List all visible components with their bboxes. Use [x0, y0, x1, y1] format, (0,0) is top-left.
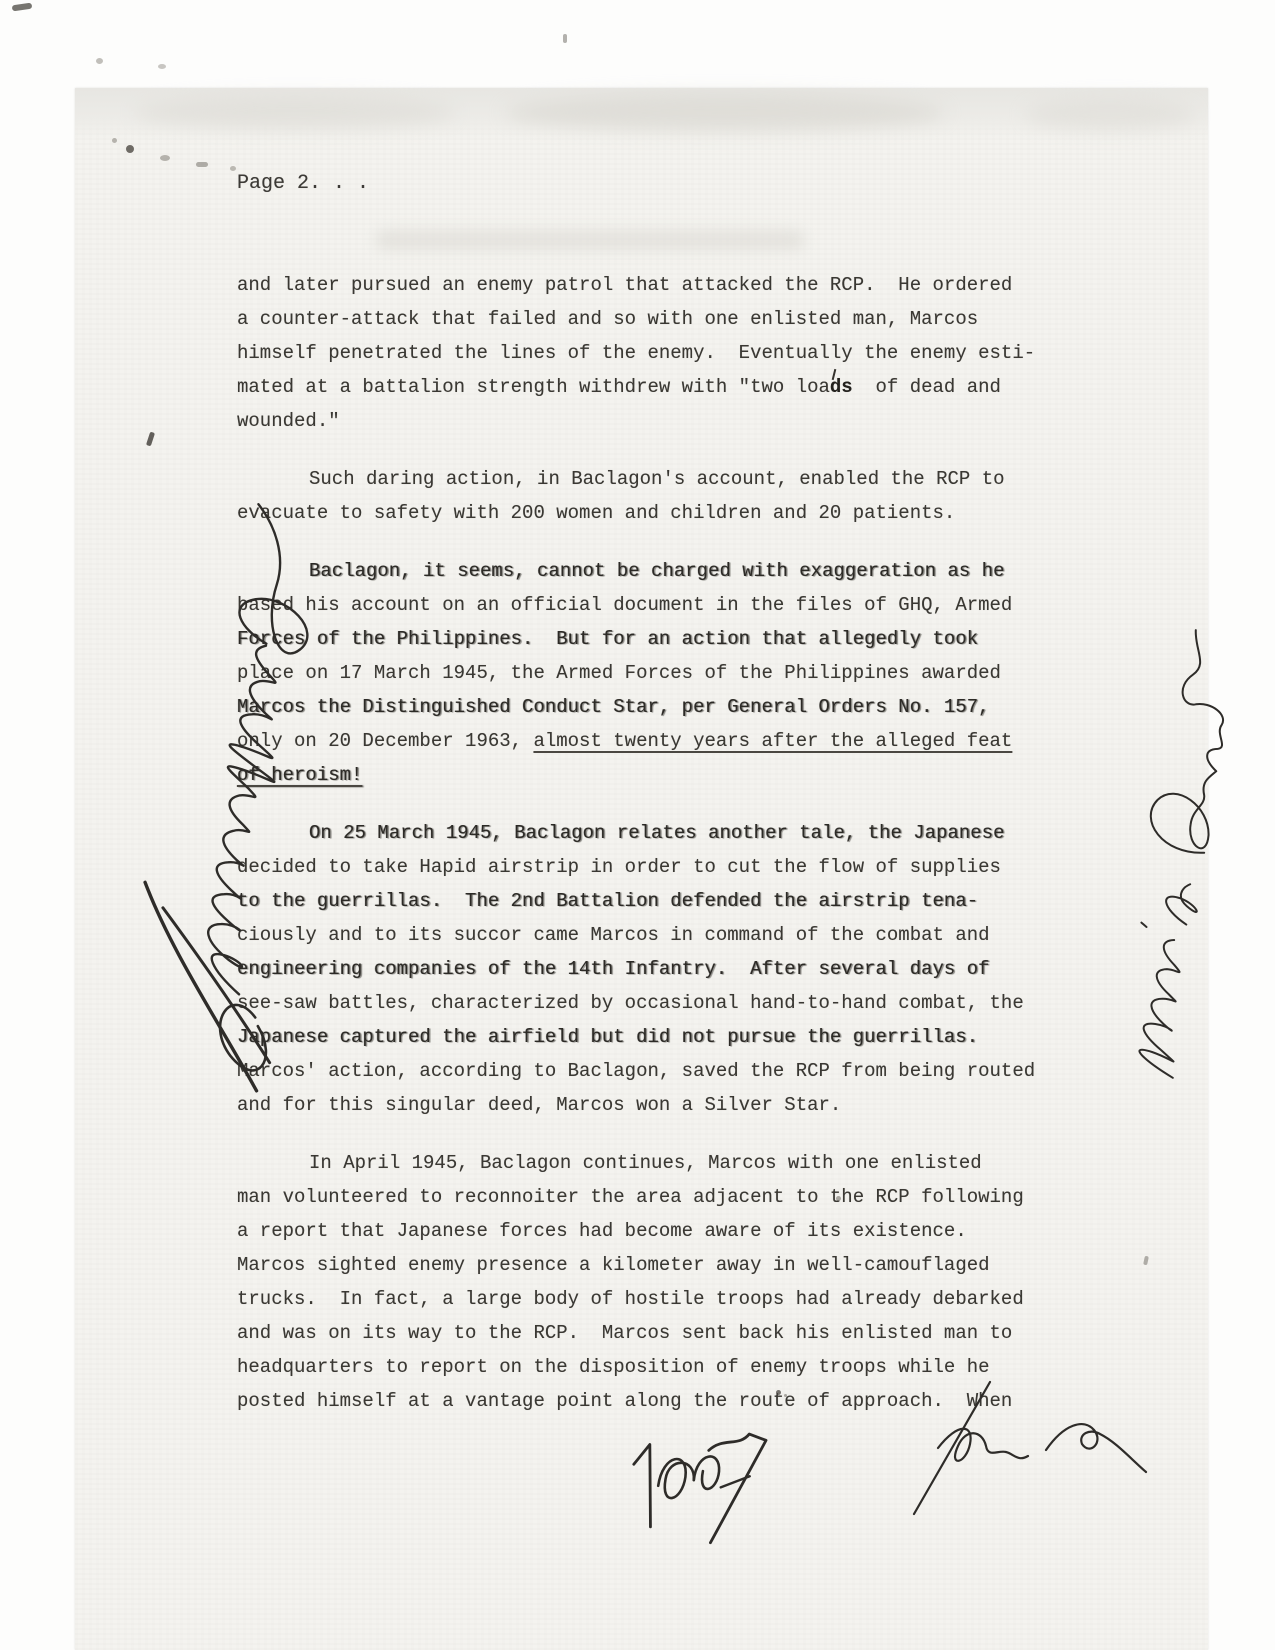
typewritten-line: decided to take Hapid airstrip in order …	[237, 850, 1037, 884]
scan-speck	[12, 3, 33, 12]
typewritten-line: and for this singular deed, Marcos won a…	[237, 1088, 1037, 1122]
bottom-right-scrawl-ink	[878, 1372, 1158, 1522]
scan-shading-blob	[1025, 98, 1195, 132]
underlined-text: almost twenty years after the alleged fe…	[533, 730, 1012, 752]
bleed-through-ghost-text	[375, 230, 805, 250]
typewritten-line: place on 17 March 1945, the Armed Forces…	[237, 656, 1037, 690]
typewritten-line: engineering companies of the 14th Infant…	[237, 952, 1037, 986]
scan-speck	[158, 64, 166, 69]
paragraph-4: On 25 March 1945, Baclagon relates anoth…	[237, 816, 1037, 1122]
scan-speck	[112, 138, 117, 143]
scan-speck	[836, 1196, 841, 1201]
typewritten-line: Marcos the Distinguished Conduct Star, p…	[237, 690, 1037, 724]
typewritten-line: mated at a battalion strength withdrew w…	[237, 370, 1037, 404]
scan-speck	[160, 155, 170, 161]
paragraph-1: and later pursued an enemy patrol that a…	[237, 268, 1037, 438]
scan-speck	[196, 162, 208, 167]
bottom-left-scrawl-ink	[593, 1402, 797, 1561]
scan-speck	[126, 145, 134, 153]
typewritten-line: see-saw battles, characterized by occasi…	[237, 986, 1037, 1020]
line-segment: mated at a battalion strength withdrew w…	[237, 376, 830, 398]
typewritten-line: a report that Japanese forces had become…	[237, 1214, 1037, 1248]
scan-speck	[96, 58, 103, 64]
typewritten-line: On 25 March 1945, Baclagon relates anoth…	[237, 816, 1037, 850]
typewritten-line: himself penetrated the lines of the enem…	[237, 336, 1037, 370]
typewritten-line: and was on its way to the RCP. Marcos se…	[237, 1316, 1037, 1350]
scan-shading-blob	[505, 94, 945, 132]
typewritten-line: wounded."	[237, 404, 1037, 438]
typewritten-line: to the guerrillas. The 2nd Battalion def…	[237, 884, 1037, 918]
typewritten-line: Forces of the Philippines. But for an ac…	[237, 622, 1037, 656]
overstruck-characters: ds	[830, 376, 853, 398]
scan-speck	[563, 34, 567, 43]
scan-speck	[230, 166, 236, 171]
typewritten-line: a counter-attack that failed and so with…	[237, 302, 1037, 336]
typewritten-line: In April 1945, Baclagon continues, Marco…	[237, 1146, 1037, 1180]
typewritten-line: trucks. In fact, a large body of hostile…	[237, 1282, 1037, 1316]
scan-speck	[784, 1394, 787, 1397]
scan-speck	[776, 1390, 781, 1395]
page-number-label: Page 2. . .	[237, 172, 369, 195]
typewritten-line: man volunteered to reconnoiter the area …	[237, 1180, 1037, 1214]
line-segment: of dead and	[853, 376, 1001, 398]
typewritten-line: Marcos' action, according to Baclagon, s…	[237, 1054, 1037, 1088]
typewritten-line: Marcos sighted enemy presence a kilomete…	[237, 1248, 1037, 1282]
typewritten-line: and later pursued an enemy patrol that a…	[237, 268, 1037, 302]
scanned-document-page: Page 2. . . and later pursued an enemy p…	[0, 0, 1275, 1650]
typewritten-line: of heroism!	[237, 758, 1037, 792]
typewritten-text-column: and later pursued an enemy patrol that a…	[237, 268, 1037, 1418]
typewritten-line: Japanese captured the airfield but did n…	[237, 1020, 1037, 1054]
scan-shading-blob	[135, 96, 455, 130]
typewritten-line: only on 20 December 1963, almost twenty …	[237, 724, 1037, 758]
typewritten-line: ciously and to its succor came Marcos in…	[237, 918, 1037, 952]
